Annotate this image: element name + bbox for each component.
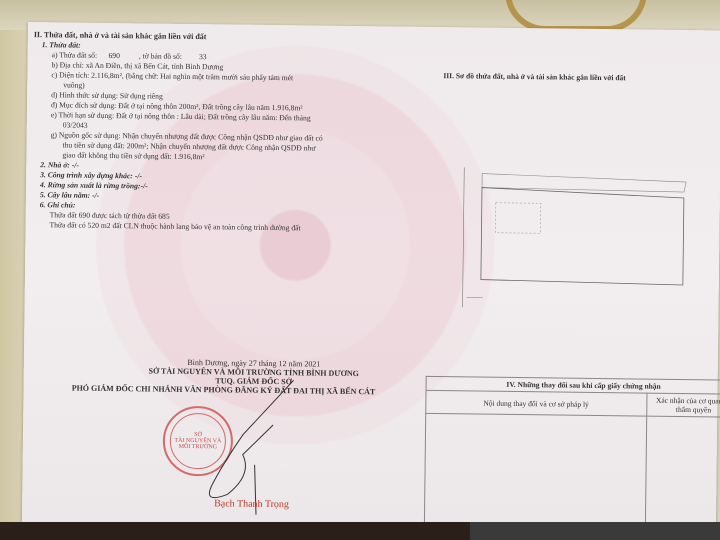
section-ii: II. Thửa đất, nhà ở và tài sản khác gắn … — [31, 30, 403, 235]
signer-name: Bạch Thanh Trọng — [214, 498, 289, 510]
col-authority-confirm: Xác nhận của cơ quan có thẩm quyền — [646, 393, 720, 417]
section-iii-title: III. Sơ đồ thửa đất, nhà ở và tài sản kh… — [443, 71, 626, 82]
background-bottom-right — [470, 522, 720, 540]
change-content-cell — [424, 413, 646, 540]
col-change-content: Nội dung thay đổi và cơ sở pháp lý — [426, 390, 647, 416]
changes-table: IV. Những thay đổi sau khi cấp giấy chứn… — [424, 376, 720, 540]
parcel-diagram: B — [455, 167, 707, 310]
signature-scrawl — [182, 374, 304, 515]
certificate-page: II. Thửa đất, nhà ở và tài sản khác gắn … — [22, 22, 720, 530]
